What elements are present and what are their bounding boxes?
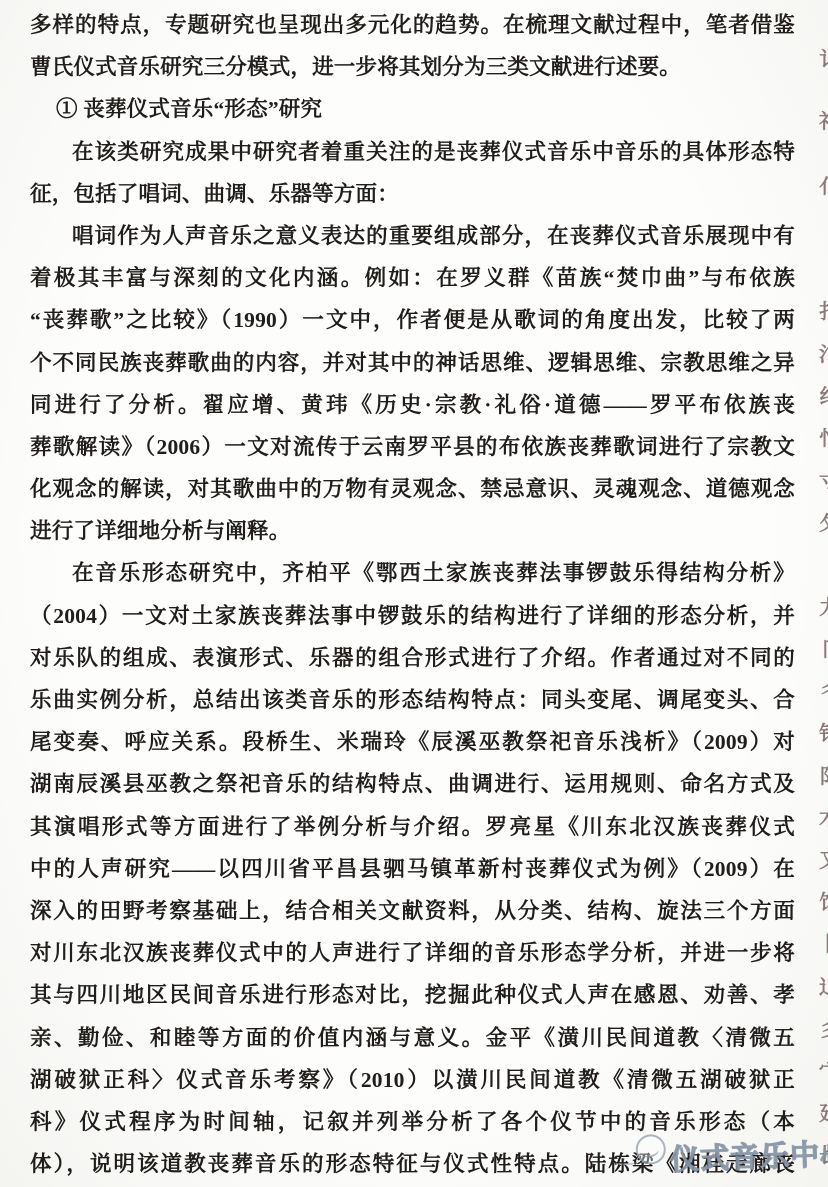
text-line: 湖破狱正科〉仪式音乐考察》（2010）以潢川民间道教《清微五湖破狱正 bbox=[30, 1059, 795, 1101]
text-line: 多样的特点，专题研究也呈现出多元化的趋势。在梳理文献过程中，笔者借鉴 bbox=[30, 4, 795, 46]
edge-character-fragment: 卜 bbox=[819, 933, 828, 957]
text-line: 尾变奏、呼应关系。段桥生、米瑞玲《辰溪巫教祭祀音乐浅析》（2009）对 bbox=[30, 721, 795, 763]
text-line: 化观念的解读，对其歌曲中的万物有灵观念、禁忌意识、灵魂观念、道德观念 bbox=[30, 468, 795, 510]
text-line: 中的人声研究——以四川省平昌县驷马镇革新村丧葬仪式为例》（2009）在 bbox=[30, 848, 795, 890]
text-line: 体），说明该道教丧葬音乐的形态特征与仪式性特点。陆栋梁《湘桂走廊丧 bbox=[30, 1143, 795, 1185]
edge-character-fragment: 彡 bbox=[819, 1018, 828, 1042]
edge-character-fragment: 辶 bbox=[819, 976, 828, 1000]
edge-character-fragment: 又 bbox=[819, 849, 828, 873]
text-line: 征，包括了唱词、曲调、乐器等方面： bbox=[30, 173, 795, 215]
text-line: 进行了详细地分析与阐释。 bbox=[30, 510, 795, 552]
text-line: （2004）一文对土家族丧葬法事中锣鼓乐的结构进行了详细的形态分析，并 bbox=[30, 595, 795, 637]
text-line: 对乐队的组成、表演形式、乐器的组合形式进行了介绍。作者通过对不同的 bbox=[30, 637, 795, 679]
edge-character-fragment: 阝 bbox=[819, 765, 828, 789]
edge-character-fragment: 宀 bbox=[819, 1060, 828, 1084]
edge-character-fragment: 氵 bbox=[819, 343, 828, 367]
edge-character-fragment: 忄 bbox=[819, 427, 828, 451]
edge-character-fragment: 力 bbox=[819, 596, 828, 620]
text-line: 其与四川地区民间音乐进行形态对比，挖掘此种仪式人声在感恩、劝善、孝 bbox=[30, 974, 795, 1016]
text-line: “丧葬歌”之比较》（1990）一文中，作者便是从歌词的角度出发，比较了两 bbox=[30, 299, 795, 341]
text-line: 曹氏仪式音乐研究三分模式，进一步将其划分为三类文献进行述要。 bbox=[30, 46, 795, 88]
text-line: 对川东北汉族丧葬仪式中的人声进行了详细的音乐形态学分析，并进一步将 bbox=[30, 932, 795, 974]
edge-character-fragment: 彳 bbox=[819, 680, 828, 704]
edge-character-fragment: 亻 bbox=[819, 175, 828, 199]
text-line: 湖南辰溪县巫教之祭祀音乐的结构特点、曲调进行、运用规则、命名方式及 bbox=[30, 763, 795, 805]
text-line: 同进行了分析。翟应增、黄玮《历史·宗教·礼俗·道德——罗平布依族丧 bbox=[30, 384, 795, 426]
text-line: 唱词作为人声音乐之意义表达的重要组成部分，在丧葬仪式音乐展现中有 bbox=[30, 215, 795, 257]
text-line: 乐曲实例分析，总结出该类音乐的形态结构特点：同头变尾、调尾变头、合 bbox=[30, 679, 795, 721]
edge-character-fragment: 攵 bbox=[819, 512, 828, 536]
edge-character-fragment: 木 bbox=[819, 807, 828, 831]
edge-character-fragment: 寸 bbox=[819, 470, 828, 494]
edge-character-fragment: 廴 bbox=[819, 1102, 828, 1126]
document-text-column: 多样的特点，专题研究也呈现出多元化的趋势。在梳理文献过程中，笔者借鉴 曹氏仪式音… bbox=[30, 4, 795, 1185]
edge-character-fragment: 刂 bbox=[819, 554, 828, 578]
text-line: 其演唱形式等方面进行了举例分析与介绍。罗亮星《川东北汉族丧葬仪式 bbox=[30, 806, 795, 848]
edge-character-fragment: 讠 bbox=[819, 48, 828, 72]
edge-character-fragment: 饣 bbox=[819, 891, 828, 915]
text-line: 在该类研究成果中研究者着重关注的是丧葬仪式音乐中音乐的具体形态特 bbox=[30, 131, 795, 173]
text-line: 亲、勤俭、和睦等方面的价值内涵与意义。金平《潢川民间道教〈清微五 bbox=[30, 1017, 795, 1059]
text-line: 深入的田野考察基础上，结合相关文献资料，从分类、结构、旋法三个方面 bbox=[30, 890, 795, 932]
edge-character-fragment: 纟 bbox=[819, 385, 828, 409]
section-heading: ① 丧葬仪式音乐“形态”研究 bbox=[30, 88, 795, 130]
edge-character-fragment: 钅 bbox=[819, 722, 828, 746]
text-line: 着极其丰富与深刻的文化内涵。例如：在罗义群《苗族“焚巾曲”与布依族 bbox=[30, 257, 795, 299]
edge-character-fragment: 礼 bbox=[819, 110, 828, 134]
edge-character-fragment: 卩 bbox=[819, 638, 828, 662]
text-line: 葬歌解读》（2006）一文对流传于云南罗平县的布依族丧葬歌词进行了宗教文 bbox=[30, 426, 795, 468]
edge-character-fragment: 长 bbox=[819, 1144, 828, 1168]
text-line: 在音乐形态研究中，齐柏平《鄂西土家族丧葬法事锣鼓乐得结构分析》 bbox=[30, 552, 795, 594]
edge-character-fragment: 扌 bbox=[819, 300, 828, 324]
text-line: 科》仪式程序为时间轴，记叙并列举分析了各个仪节中的音乐形态（本 bbox=[30, 1101, 795, 1143]
scanned-document-page: 多样的特点，专题研究也呈现出多元化的趋势。在梳理文献过程中，笔者借鉴 曹氏仪式音… bbox=[0, 0, 828, 1187]
text-line: 个不同民族丧葬歌曲的内容，并对其中的神话思维、逻辑思维、宗教思维之异 bbox=[30, 342, 795, 384]
